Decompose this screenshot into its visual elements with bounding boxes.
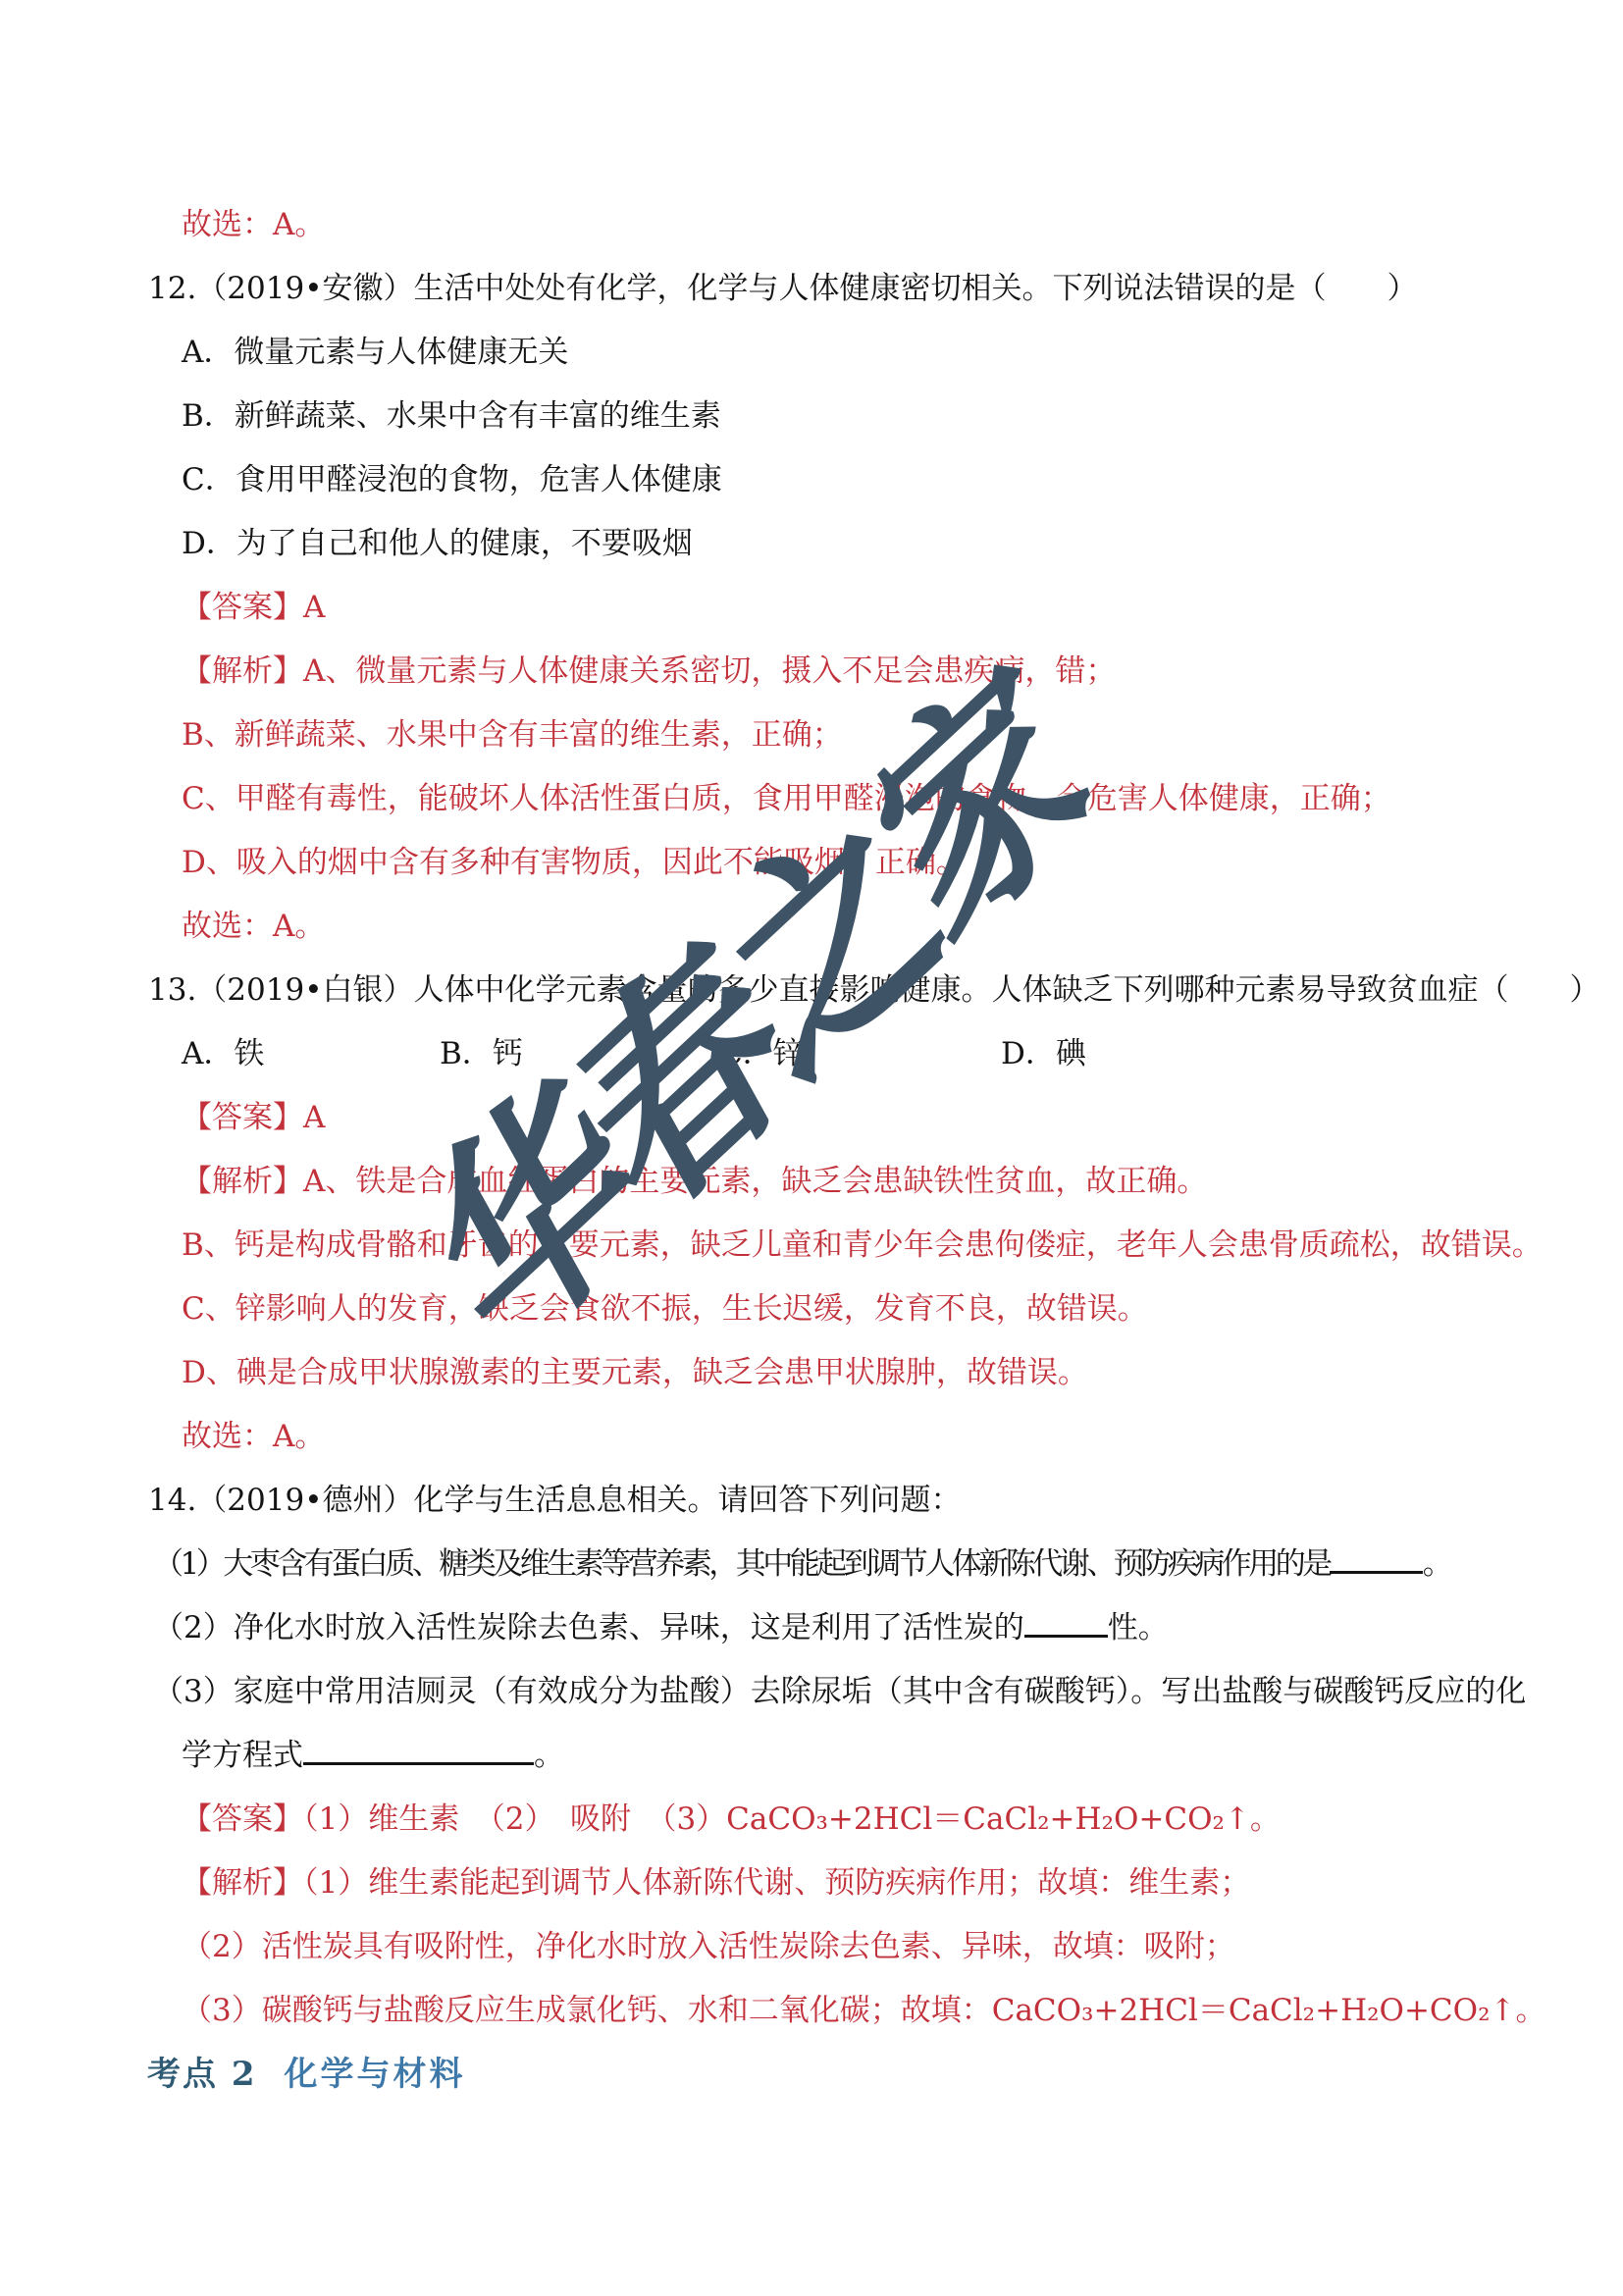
section-header-title: 化学与材料: [285, 2055, 466, 2094]
q14-sub3-period: 。: [534, 1738, 564, 1773]
q12-conclusion-line: 故选：A。: [0, 895, 1623, 959]
q14-sub2-blank: [1024, 1607, 1108, 1638]
q13-option-a: A．铁: [182, 1022, 264, 1086]
q13-analysis-b: B、钙是构成骨骼和牙齿的主要元素，缺乏儿童和青少年会患佝偻症，老年人会患骨质疏松…: [0, 1214, 1623, 1278]
q14-answer-line: 【答案】（1）维生素 （2） 吸附 （3）CaCO₃+2HCl＝CaCl₂+H₂…: [0, 1788, 1623, 1852]
q14-sub3-blank: [303, 1735, 534, 1765]
q14-sub3-text: 学方程式: [182, 1738, 303, 1773]
q13-conclusion-line: 故选：A。: [0, 1405, 1623, 1469]
q12-option-b: B．新鲜蔬菜、水果中含有丰富的维生素: [0, 385, 1623, 448]
q14-sub1-line: （1）大枣含有蛋白质、糖类及维生素等营养素，其中能起到调节人体新陈代谢、预防疾病…: [0, 1533, 1623, 1596]
q12-analysis-c: C、甲醛有毒性，能破坏人体活性蛋白质，食用甲醛浸泡的食物，会危害人体健康，正确；: [0, 767, 1623, 831]
q13-analysis-a: 【解析】A、铁是合成血红蛋白的主要元素，缺乏会患缺铁性贫血，故正确。: [0, 1150, 1623, 1214]
q14-sub2-text: （2）净化水时放入活性炭除去色素、异味，这是利用了活性炭的: [153, 1610, 1024, 1645]
q13-option-b: B．钙: [440, 1022, 523, 1086]
q13-option-d: D．碘: [1001, 1022, 1086, 1086]
q14-sub3-line1: （3）家庭中常用洁厕灵（有效成分为盐酸）去除尿垢（其中含有碳酸钙）。写出盐酸与碳…: [0, 1660, 1623, 1724]
q14-sub1-period: 。: [1423, 1546, 1450, 1582]
q14-sub3-line2: 学方程式。: [0, 1724, 1623, 1788]
q12-answer-line: 【答案】A: [0, 576, 1623, 640]
q12-analysis-b: B、新鲜蔬菜、水果中含有丰富的维生素，正确；: [0, 704, 1623, 767]
q11-conclusion-line: 故选：A。: [0, 193, 1623, 257]
q14-sub1-text: （1）大枣含有蛋白质、糖类及维生素等营养素，其中能起到调节人体新陈代谢、预防疾病…: [153, 1546, 1330, 1582]
q13-answer-line: 【答案】A: [0, 1086, 1623, 1150]
q12-analysis-d: D、吸入的烟中含有多种有害物质，因此不能吸烟，正确。: [0, 831, 1623, 895]
q12-option-c: C．食用甲醛浸泡的食物，危害人体健康: [0, 448, 1623, 512]
q14-analysis-3: （3）碳酸钙与盐酸反应生成氯化钙、水和二氧化碳；故填：CaCO₃+2HCl＝Ca…: [0, 1979, 1623, 2043]
q12-option-d: D．为了自己和他人的健康，不要吸烟: [0, 512, 1623, 576]
q14-stem: 14.（2019•德州）化学与生活息息相关。请回答下列问题：: [0, 1469, 1623, 1533]
q14-analysis-2: （2）活性炭具有吸附性，净化水时放入活性炭除去色素、异味，故填：吸附；: [0, 1915, 1623, 1979]
q13-analysis-d: D、碘是合成甲状腺激素的主要元素，缺乏会患甲状腺肿，故错误。: [0, 1341, 1623, 1405]
q12-analysis-a: 【解析】A、微量元素与人体健康关系密切，摄入不足会患疾病，错；: [0, 640, 1623, 704]
q14-sub1-blank: [1330, 1543, 1423, 1574]
q13-analysis-c: C、锌影响人的发育，缺乏会食欲不振，生长迟缓，发育不良，故错误。: [0, 1278, 1623, 1341]
q14-sub2-line: （2）净化水时放入活性炭除去色素、异味，这是利用了活性炭的性。: [0, 1596, 1623, 1660]
q13-options-row: A．铁 B．钙 C．锌 D．碘: [0, 1022, 1623, 1086]
document-content: 故选：A。 12.（2019•安徽）生活中处处有化学，化学与人体健康密切相关。下…: [0, 193, 1623, 2107]
q12-option-a: A．微量元素与人体健康无关: [0, 321, 1623, 385]
q13-stem: 13.（2019•白银）人体中化学元素含量的多少直接影响健康。人体缺乏下列哪种元…: [0, 959, 1623, 1022]
q14-analysis-1: 【解析】（1）维生素能起到调节人体新陈代谢、预防疾病作用；故填：维生素；: [0, 1852, 1623, 1915]
section-header: 考点 2化学与材料: [0, 2043, 1623, 2107]
q13-option-c: C．锌: [719, 1022, 804, 1086]
section-header-label: 考点 2: [147, 2055, 257, 2094]
document-page: 故选：A。 12.（2019•安徽）生活中处处有化学，化学与人体健康密切相关。下…: [0, 0, 1623, 2296]
q12-stem: 12.（2019•安徽）生活中处处有化学，化学与人体健康密切相关。下列说法错误的…: [0, 257, 1623, 321]
q14-sub2-suffix: 性。: [1108, 1610, 1169, 1645]
